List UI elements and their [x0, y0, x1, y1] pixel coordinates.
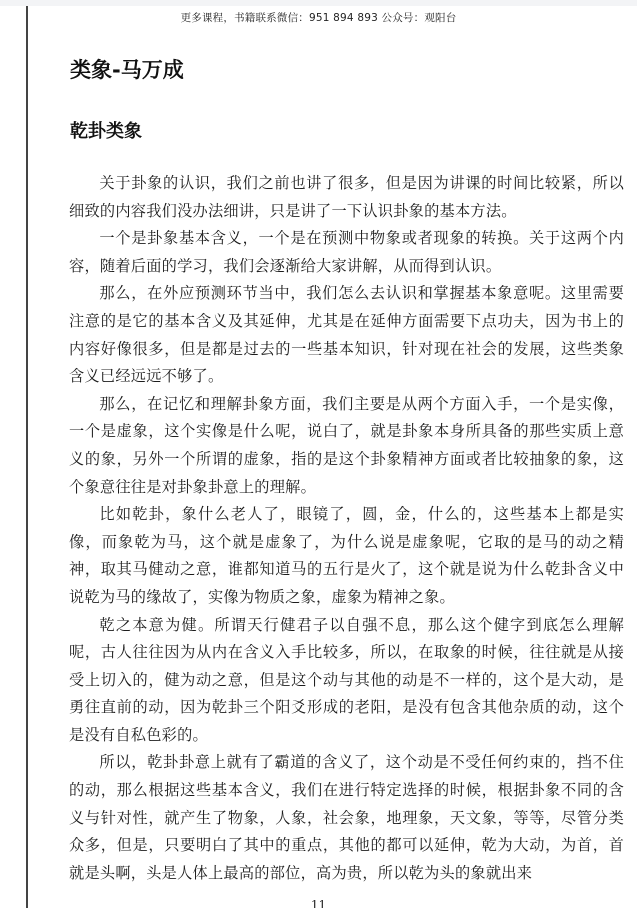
- document-body: 关于卦象的认识，我们之前也讲了很多，但是因为讲课的时间比较紧，所以细致的内容我们…: [69, 170, 624, 887]
- page-left-border: [26, 6, 28, 908]
- header-watermark: 更多课程，书籍联系微信：951 894 893 公众号：观阳台: [0, 10, 637, 25]
- paragraph: 那么，在记忆和理解卦象方面，我们主要是从两个方面入手，一个是实像，一个是虚象，这…: [69, 391, 624, 501]
- paragraph: 乾之本意为健。所谓天行健君子以自强不息，那么这个健字到底怎么理解呢，古人往往因为…: [69, 612, 624, 750]
- viewer-top-strip: [0, 0, 637, 6]
- paragraph: 关于卦象的认识，我们之前也讲了很多，但是因为讲课的时间比较紧，所以细致的内容我们…: [69, 170, 624, 225]
- section-title: 乾卦类象: [70, 117, 142, 143]
- paragraph: 那么，在外应预测环节当中，我们怎么去认识和掌握基本象意呢。这里需要注意的是它的基…: [69, 280, 624, 390]
- page-number: 11: [0, 898, 637, 908]
- paragraph: 所以，乾卦卦意上就有了霸道的含义了，这个动是不受任何约束的，挡不住的动，那么根据…: [69, 749, 624, 887]
- paragraph: 比如乾卦，象什么老人了，眼镜了，圆，金，什么的，这些基本上都是实像，而象乾为马，…: [69, 501, 624, 611]
- paragraph: 一个是卦象基本含义，一个是在预测中物象或者现象的转换。关于这两个内容，随着后面的…: [69, 225, 624, 280]
- document-title: 类象-马万成: [70, 54, 184, 84]
